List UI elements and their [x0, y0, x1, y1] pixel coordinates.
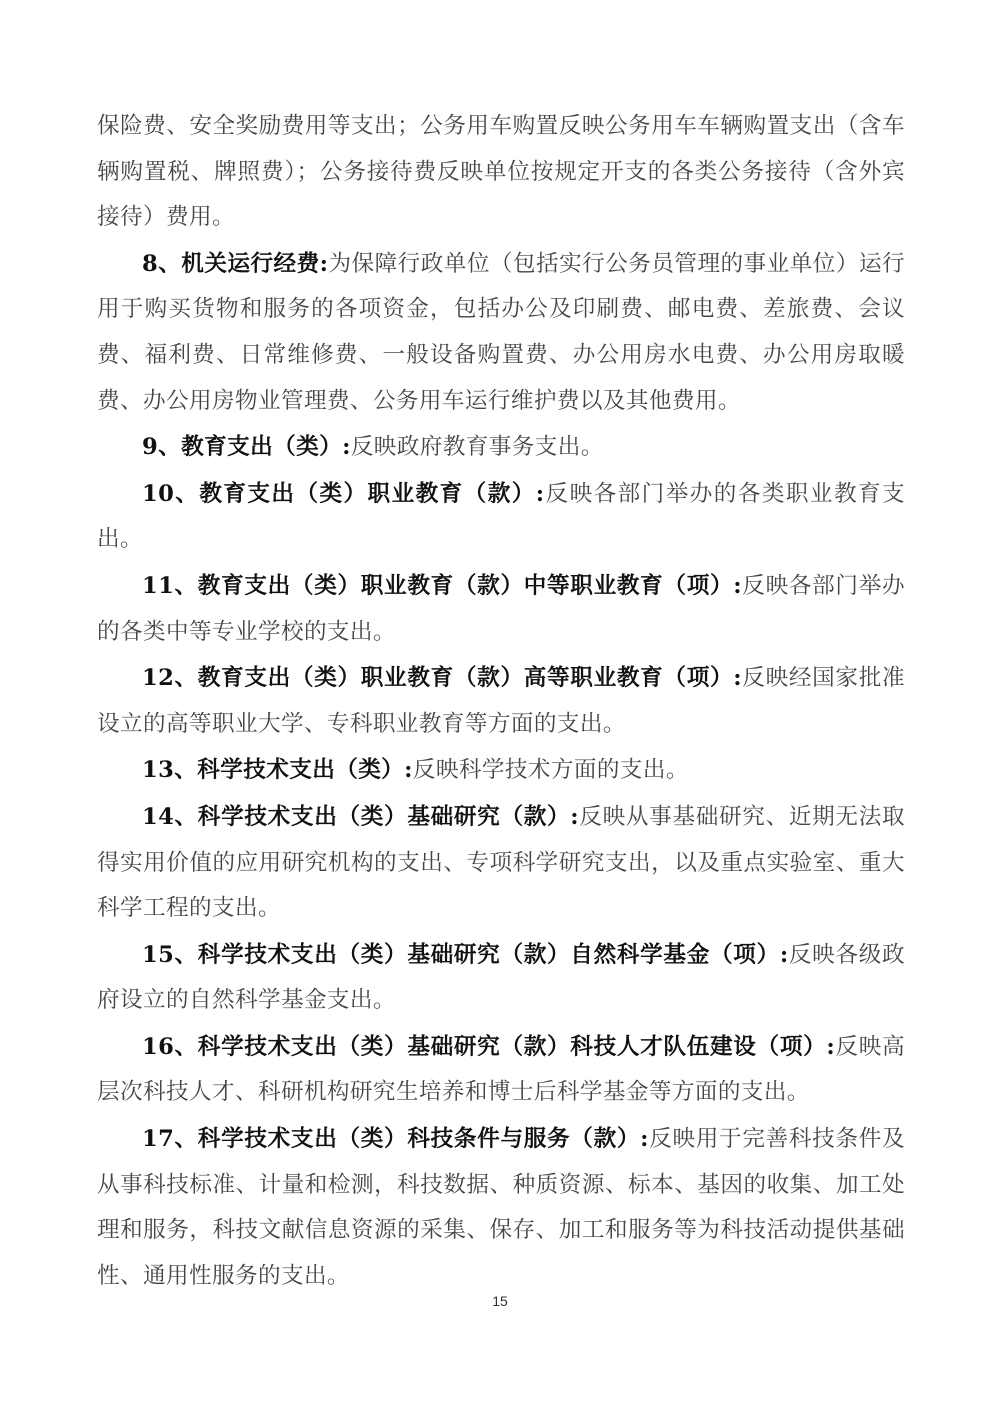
- paragraph-item-11: 11、教育支出（类）职业教育（款）中等职业教育（项）:反映各部门举办的各类中等专…: [97, 564, 905, 655]
- paragraph-heading: 11、教育支出（类）职业教育（款）中等职业教育（项）:: [142, 573, 742, 599]
- paragraph-heading: 16、科学技术支出（类）基础研究（款）科技人才队伍建设（项）:: [142, 1034, 835, 1060]
- paragraph-heading: 15、科学技术支出（类）基础研究（款）自然科学基金（项）:: [142, 942, 789, 968]
- paragraph-item-9: 9、教育支出（类）:反映政府教育事务支出。: [97, 425, 905, 471]
- paragraph-body: 反映科学技术方面的支出。: [413, 757, 689, 783]
- paragraph-body: 反映政府教育事务支出。: [351, 434, 604, 460]
- paragraph-item-10: 10、教育支出（类）职业教育（款）:反映各部门举办的各类职业教育支出。: [97, 472, 905, 563]
- paragraph-body: 保险费、安全奖励费用等支出；公务用车购置反映公务用车车辆购置支出（含车辆购置税、…: [97, 113, 905, 230]
- paragraph-item-13: 13、科学技术支出（类）:反映科学技术方面的支出。: [97, 748, 905, 794]
- paragraph-heading: 12、教育支出（类）职业教育（款）高等职业教育（项）:: [142, 665, 742, 691]
- paragraph-item-12: 12、教育支出（类）职业教育（款）高等职业教育（项）:反映经国家批准设立的高等职…: [97, 656, 905, 747]
- paragraph-heading: 14、科学技术支出（类）基础研究（款）:: [142, 804, 579, 830]
- paragraph-continued-vehicle-expenses: 保险费、安全奖励费用等支出；公务用车购置反映公务用车车辆购置支出（含车辆购置税、…: [97, 104, 905, 241]
- document-page-body: 保险费、安全奖励费用等支出；公务用车购置反映公务用车车辆购置支出（含车辆购置税、…: [97, 104, 905, 1299]
- paragraph-heading: 8、机关运行经费:: [142, 251, 328, 277]
- paragraph-item-8: 8、机关运行经费:为保障行政单位（包括实行公务员管理的事业单位）运行用于购买货物…: [97, 242, 905, 424]
- paragraph-heading: 13、科学技术支出（类）:: [142, 757, 413, 783]
- paragraph-heading: 10、教育支出（类）职业教育（款）:: [142, 481, 545, 507]
- paragraph-item-15: 15、科学技术支出（类）基础研究（款）自然科学基金（项）:反映各级政府设立的自然…: [97, 933, 905, 1024]
- paragraph-item-17: 17、科学技术支出（类）科技条件与服务（款）:反映用于完善科技条件及从事科技标准…: [97, 1117, 905, 1299]
- paragraph-heading: 9、教育支出（类）:: [142, 434, 351, 460]
- page-number: 15: [0, 1293, 1000, 1309]
- paragraph-item-14: 14、科学技术支出（类）基础研究（款）:反映从事基础研究、近期无法取得实用价值的…: [97, 795, 905, 932]
- paragraph-heading: 17、科学技术支出（类）科技条件与服务（款）:: [142, 1126, 649, 1152]
- paragraph-item-16: 16、科学技术支出（类）基础研究（款）科技人才队伍建设（项）:反映高层次科技人才…: [97, 1025, 905, 1116]
